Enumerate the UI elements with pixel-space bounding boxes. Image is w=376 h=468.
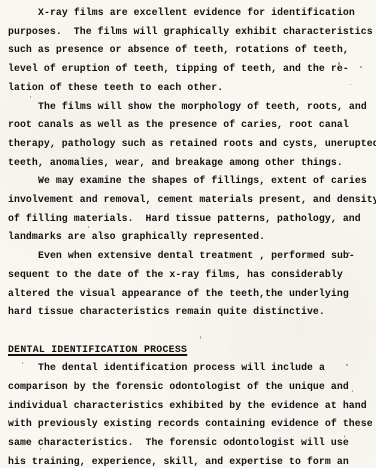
text-line: lation of these teeth to each other. [8, 79, 370, 98]
text-line: hard tissue characteristics remain quite… [8, 303, 370, 322]
paragraph: X-ray films are excellent evidence for i… [8, 4, 370, 98]
paragraph: Even when extensive dental treatment , p… [8, 247, 370, 322]
text-line: Even when extensive dental treatment , p… [8, 247, 370, 266]
text-line: individual characteristics exhibited by … [8, 397, 370, 416]
text-line: level of eruption of teeth, tipping of t… [8, 60, 370, 79]
text-line: root canals as well as the presence of c… [8, 116, 370, 135]
text-line: landmarks are also graphically represent… [8, 228, 370, 247]
paragraph: The dental identification process will i… [8, 359, 370, 468]
text-line: We may examine the shapes of fillings, e… [8, 172, 370, 191]
text-line: sequent to the date of the x-ray films, … [8, 266, 370, 285]
paragraph: The films will show the morphology of te… [8, 98, 370, 173]
heading-text: DENTAL IDENTIFICATION PROCESS [8, 341, 370, 360]
text-line: of filling materials. Hard tissue patter… [8, 210, 370, 229]
document-page: X-ray films are excellent evidence for i… [0, 0, 376, 468]
text-line: X-ray films are excellent evidence for i… [8, 4, 370, 23]
text-line: comparison by the forensic odontologist … [8, 378, 370, 397]
text-line: purposes. The films will graphically exh… [8, 23, 370, 42]
text-line: The films will show the morphology of te… [8, 98, 370, 117]
text-line: The dental identification process will i… [8, 359, 370, 378]
paragraph: We may examine the shapes of fillings, e… [8, 172, 370, 247]
text-line: teeth, anomalies, wear, and breakage amo… [8, 154, 370, 173]
document-text: X-ray films are excellent evidence for i… [8, 4, 370, 468]
section-heading: DENTAL IDENTIFICATION PROCESS [8, 341, 370, 360]
text-line: therapy, pathology such as retained root… [8, 135, 370, 154]
text-line: involvement and removal, cement material… [8, 191, 370, 210]
text-line: his training, experience, skill, and exp… [8, 453, 370, 468]
text-line: altered the visual appearance of the tee… [8, 285, 370, 304]
text-line: same characteristics. The forensic odont… [8, 434, 370, 453]
text-line: with previously existing records contain… [8, 415, 370, 434]
text-line: such as presence or absence of teeth, ro… [8, 41, 370, 60]
